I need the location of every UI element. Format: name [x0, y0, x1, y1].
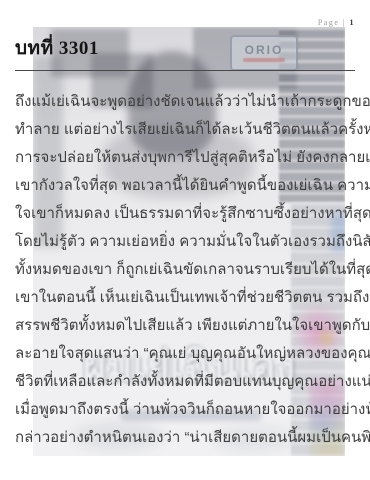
text-line: เขาในตอนนี้ เห็นเย่เฉินเป็นเทพเจ้าที่ช่ว… — [15, 284, 355, 312]
chapter-title: บทที่ 3301 — [15, 38, 355, 61]
text-line: ชีวิตที่เหลือและกำลังทั้งหมดที่มีตอบแทนบ… — [15, 368, 355, 396]
text-line: ถึงแม้เย่เฉินจะพูดอย่างชัดเจนแล้วว่าไม่น… — [15, 88, 355, 116]
text-line: ละอายใจสุดแสนว่า “คุณเย่ บุญคุณอันใหญ่หล… — [15, 340, 355, 368]
text-line: เขากังวลใจที่สุด พอเวลานี้ได้ยินคำพูดนี้… — [15, 172, 355, 200]
body-text: ถึงแม้เย่เฉินจะพูดอย่างชัดเจนแล้วว่าไม่น… — [15, 88, 355, 452]
text-line: สรรพชีวิตทั้งหมดไปเสียแล้ว เพียงแต่ภายใน… — [15, 312, 355, 340]
text-line: กล่าวอย่างตำหนิตนเองว่า “น่าเสียดายตอนนี… — [15, 424, 355, 452]
page-label-prefix: Page | — [318, 18, 346, 27]
title-divider — [15, 70, 355, 71]
text-line: ใจเขาก็หมดลง เป็นธรรมดาที่จะรู้สึกซาบซึ้… — [15, 200, 355, 228]
document-page: Page | 1 บทที่ 3301 ถึงแม้เย่เฉินจะพูดอย… — [0, 0, 370, 480]
page-number: 1 — [350, 18, 356, 27]
text-line: ทั้งหมดของเขา ก็ถูกเย่เฉินขัดเกลาจนราบเร… — [15, 256, 355, 284]
text-line: การจะปล่อยให้ตนส่งบุพการีไปสู่สุคติหรือไ… — [15, 144, 355, 172]
page-number-label: Page | 1 — [318, 18, 355, 27]
text-line: โดยไม่รู้ตัว ความเย่อหยิ่ง ความมั่นใจในต… — [15, 228, 355, 256]
text-line: ทำลาย แต่อย่างไรเสียเย่เฉินก็ได้ละเว้นชี… — [15, 116, 355, 144]
text-line: เมื่อพูดมาถึงตรงนี้ ว่านพั่วจวินก็ถอนหาย… — [15, 396, 355, 424]
